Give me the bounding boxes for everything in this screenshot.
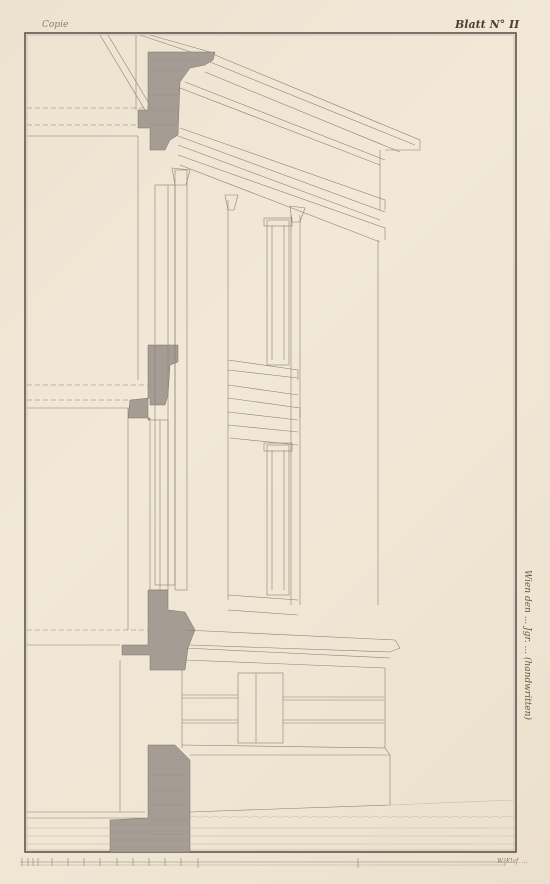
margin-annotation: Wien den ... Jgr. ... (handwritten) — [522, 570, 532, 720]
wall-section-fill — [110, 52, 215, 852]
plate-number-label: Blatt N° II — [455, 18, 519, 31]
scale-bar-label: W. Klaf. ... — [497, 858, 527, 865]
copy-label: Copie — [42, 20, 68, 30]
drawing-frame — [25, 33, 516, 852]
ground-pattern — [27, 800, 514, 844]
architectural-drawing — [0, 0, 550, 884]
scale-bar — [20, 858, 505, 868]
